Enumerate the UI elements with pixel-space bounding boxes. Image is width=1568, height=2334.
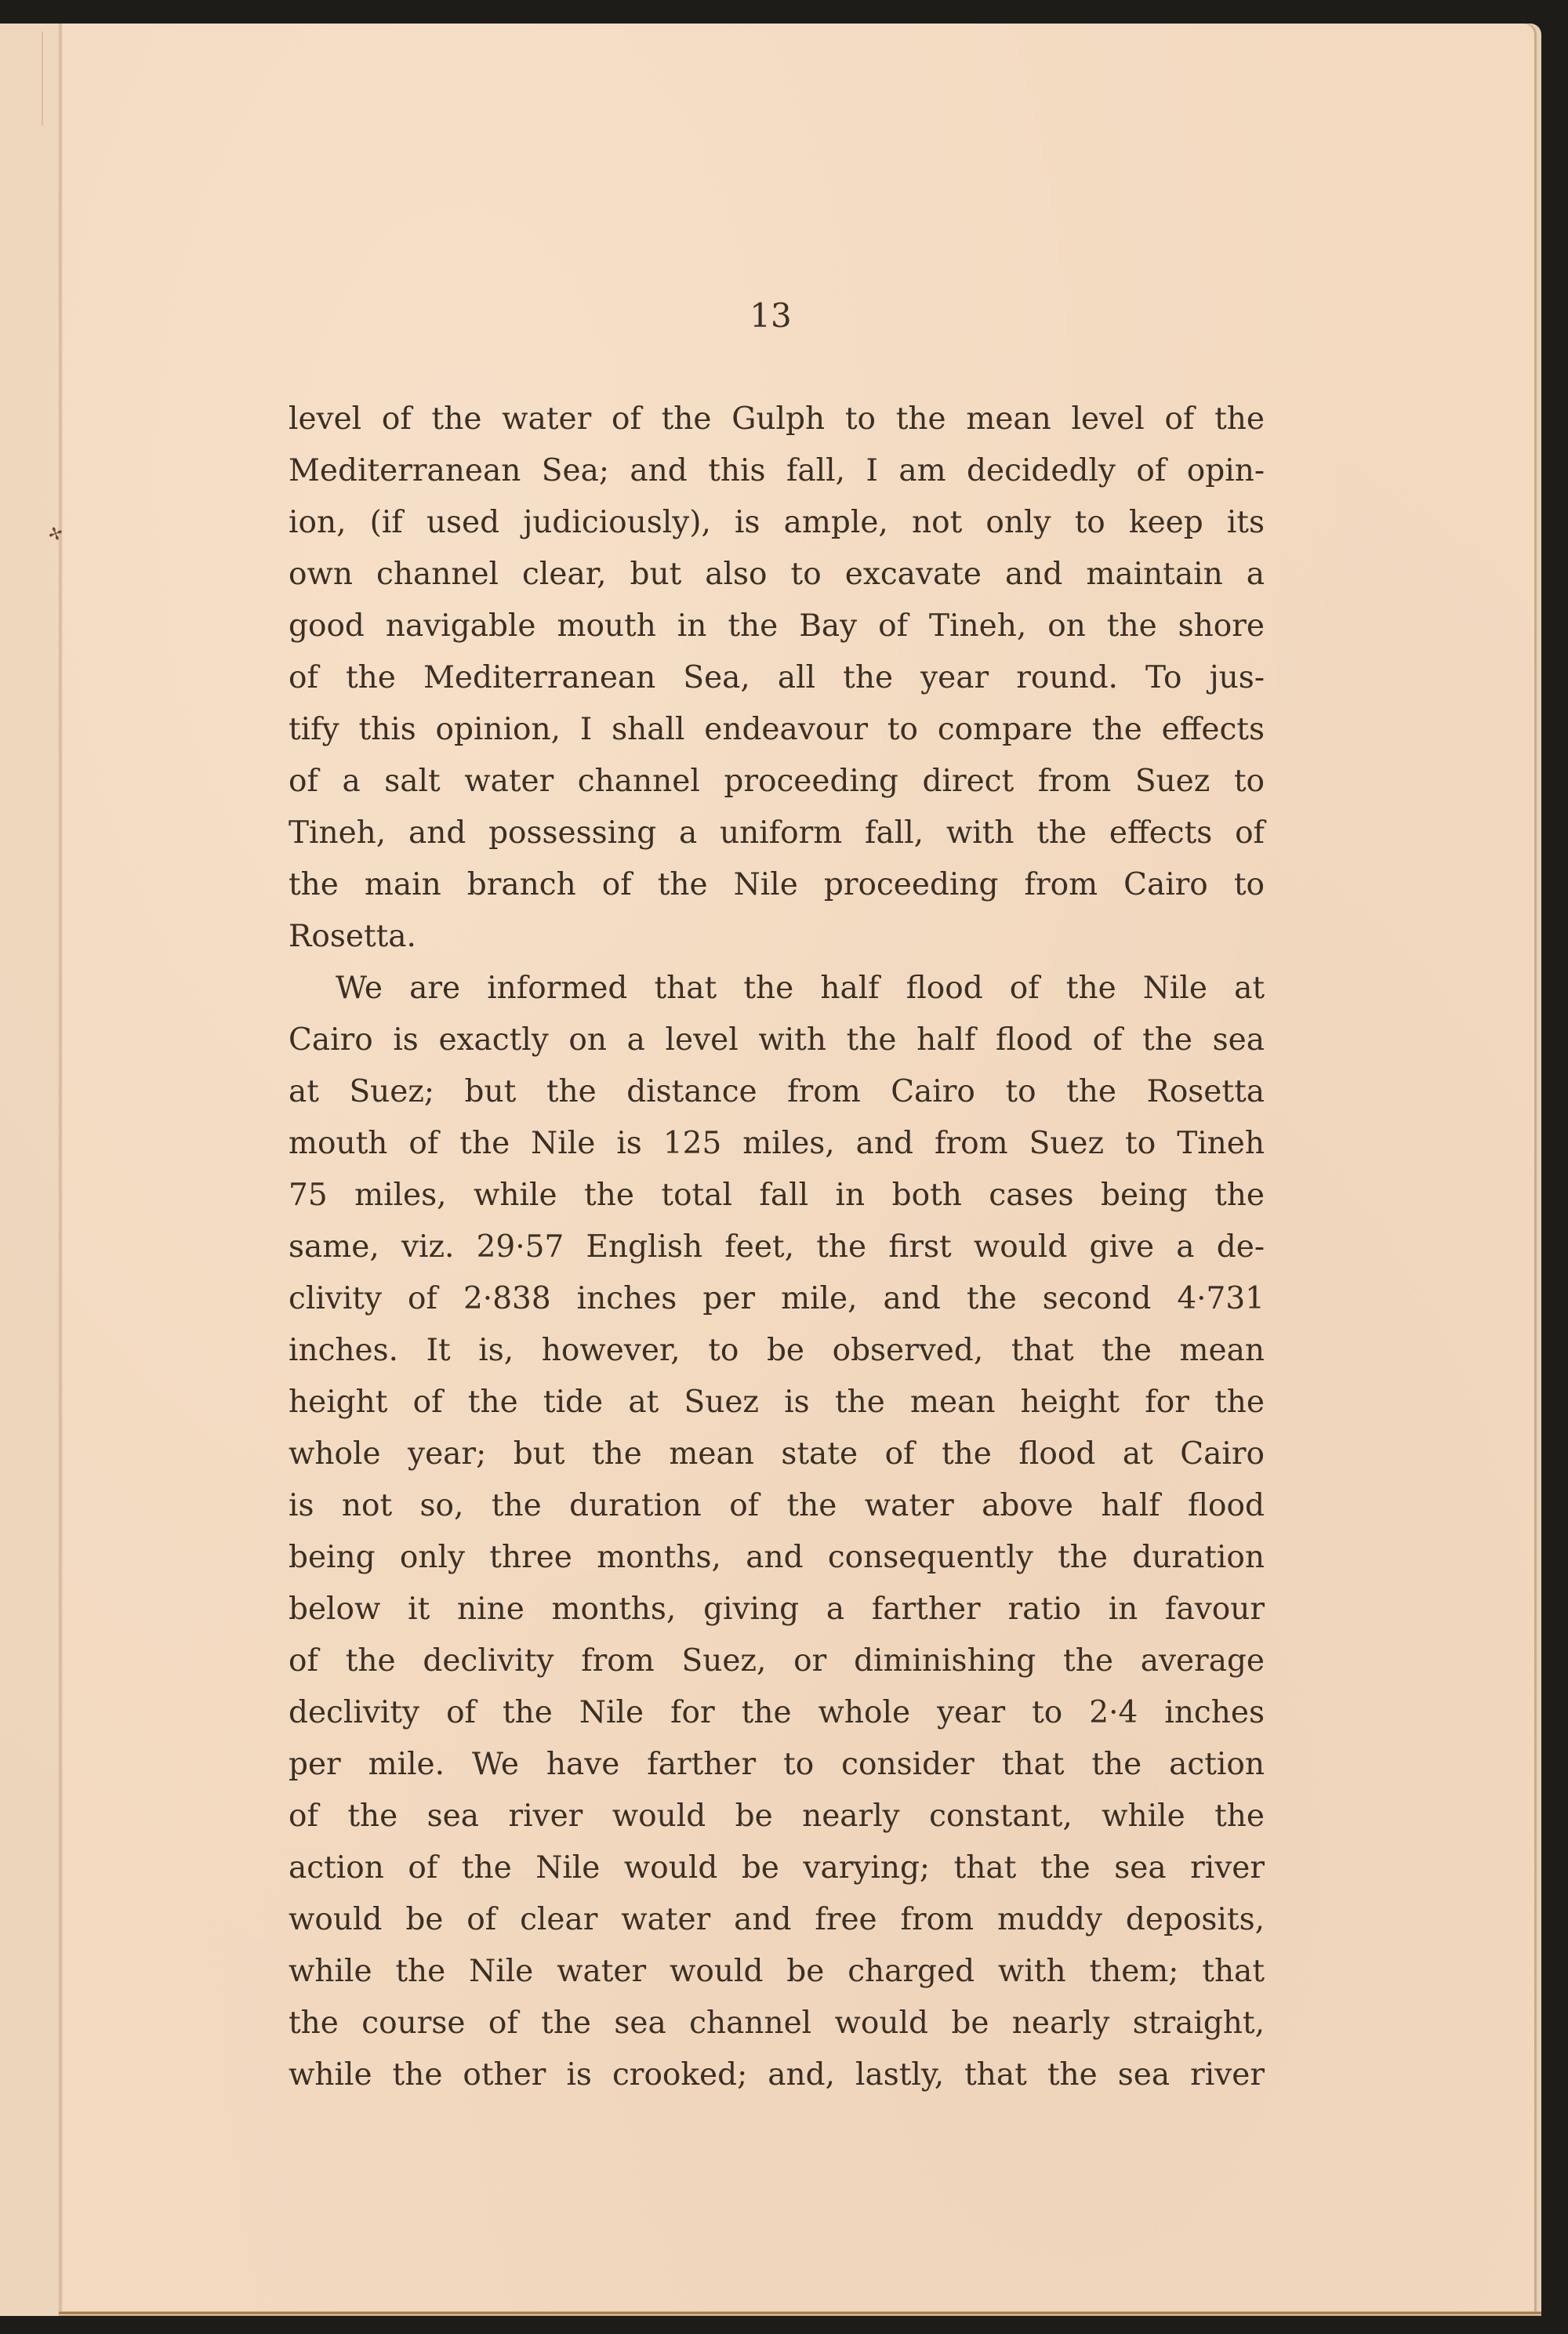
text-line: mouth of the Nile is 125 miles, and from… [289, 1118, 1265, 1170]
text-line: of the sea river would be nearly constan… [289, 1791, 1265, 1842]
gutter-crease [42, 31, 43, 125]
text-line: the main branch of the Nile proceeding f… [289, 859, 1265, 911]
paragraph-1: level of the water of the Gulph to the m… [289, 394, 1265, 963]
text-line: action of the Nile would be varying; tha… [289, 1842, 1265, 1894]
text-line: at Suez; but the distance from Cairo to … [289, 1066, 1265, 1118]
body-text: level of the water of the Gulph to the m… [289, 394, 1265, 2101]
text-line: same, viz. 29·57 English feet, the first… [289, 1221, 1265, 1273]
text-line: would be of clear water and free from mu… [289, 1894, 1265, 1946]
paragraph-2: We are informed that the half flood of t… [289, 963, 1265, 2101]
text-line: tify this opinion, I shall endeavour to … [289, 704, 1265, 756]
text-line: Tineh, and possessing a uniform fall, wi… [289, 808, 1265, 859]
previous-leaf-edge [0, 24, 59, 2316]
text-line: is not so, the duration of the water abo… [289, 1480, 1265, 1532]
text-line: the course of the sea channel would be n… [289, 1998, 1265, 2049]
book-page: ✢ 13 level of the water of the Gulph to … [0, 24, 1541, 2316]
text-line: We are informed that the half flood of t… [289, 963, 1265, 1015]
text-line: height of the tide at Suez is the mean h… [289, 1377, 1265, 1428]
page-bottom-edge [59, 2311, 1541, 2316]
text-line: clivity of 2·838 inches per mile, and th… [289, 1273, 1265, 1325]
text-line: ion, (if used judiciously), is ample, no… [289, 497, 1265, 549]
page-number: 13 [0, 296, 1541, 336]
gutter-fold [58, 24, 63, 2316]
text-line: being only three months, and consequentl… [289, 1532, 1265, 1584]
text-line: good navigable mouth in the Bay of Tineh… [289, 601, 1265, 652]
text-line: per mile. We have farther to consider th… [289, 1739, 1265, 1791]
text-line: below it nine months, giving a farther r… [289, 1584, 1265, 1635]
text-line: of the Mediterranean Sea, all the year r… [289, 652, 1265, 704]
text-line: while the other is crooked; and, lastly,… [289, 2049, 1265, 2101]
text-line: declivity of the Nile for the whole year… [289, 1687, 1265, 1739]
text-line: of a salt water channel proceeding direc… [289, 756, 1265, 808]
text-line: inches. It is, however, to be observed, … [289, 1325, 1265, 1377]
text-line: of the declivity from Suez, or diminishi… [289, 1635, 1265, 1687]
text-line: own channel clear, but also to excavate … [289, 549, 1265, 601]
text-line: while the Nile water would be charged wi… [289, 1946, 1265, 1998]
text-line: Rosetta. [289, 911, 1265, 963]
text-line: 75 miles, while the total fall in both c… [289, 1170, 1265, 1221]
text-line: Cairo is exactly on a level with the hal… [289, 1015, 1265, 1066]
text-line: whole year; but the mean state of the fl… [289, 1428, 1265, 1480]
text-line: Mediterranean Sea; and this fall, I am d… [289, 445, 1265, 497]
text-line: level of the water of the Gulph to the m… [289, 394, 1265, 445]
